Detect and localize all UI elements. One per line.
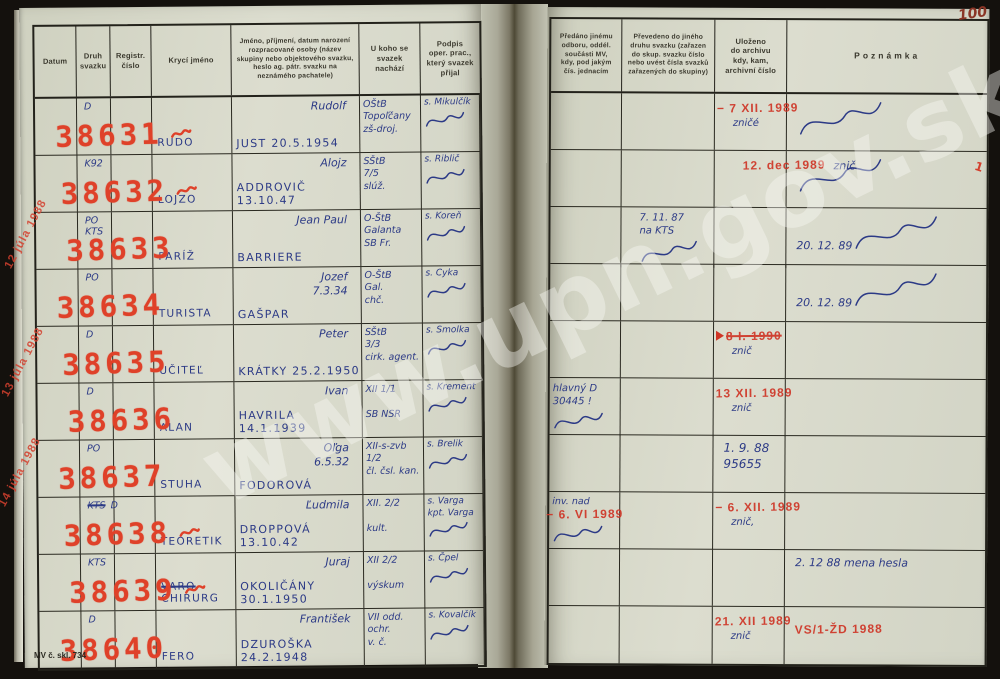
predano-cell: [550, 321, 621, 377]
ukoho-value: XII 1/1 SB NSR: [365, 384, 419, 422]
predano-cell: hlavný D 30445 !: [550, 378, 621, 436]
meno-cell: AlojzADDROVIČ 13.10.47: [232, 153, 360, 210]
podpis-value: s. Riblič: [424, 154, 476, 166]
ukoho-value: XII-s-zvb 1/2 čl. čsl. kan.: [366, 441, 420, 479]
kryci-value: TURISTA: [159, 307, 230, 320]
meno-surname: GAŠPAR: [238, 308, 290, 321]
poznamka-cell: [785, 493, 985, 551]
signature-mark: [428, 621, 472, 646]
ukoho-value: XII. 2/2 kult.: [366, 498, 420, 536]
druh-value: PO: [85, 272, 98, 283]
ukoho-value: VII odd. ochr. v. č.: [367, 612, 421, 650]
register-row: 12. dec 1989znič1: [551, 150, 987, 209]
archive-note: znič: [732, 403, 782, 414]
druh-cell: KTS: [81, 554, 115, 610]
register-row: POTURISTAJozef 7.3.34GAŠPARO-ŠtB Gal. ch…: [36, 266, 481, 327]
podpis-value: s. Brelik: [427, 439, 479, 451]
meno-surname: DZUROŠKA 24.2.1948: [241, 637, 364, 664]
meno-surname: HAVRILA 14.1.1939: [239, 408, 362, 435]
ulozeno-cell: 8 I. 1990znič: [714, 322, 786, 378]
signature-mark: [424, 222, 468, 247]
predano-note: inv. nad: [552, 496, 616, 507]
meno-first: Alojz: [235, 156, 356, 171]
register-row: inv. nad− 6. VI 1989− 6. XII. 1989znič,: [549, 492, 985, 551]
prevedeno-cell: [621, 321, 714, 377]
ulozeno-cell: − 6. XII. 1989znič,: [713, 493, 785, 550]
datum-cell: [36, 270, 78, 326]
register-row: PO KTSPARÍŽJean PaulBARRIEREO-ŠtB Galant…: [36, 209, 481, 270]
left-register-table: Datum Druh svazku Registr. číslo Krycí j…: [32, 21, 487, 671]
signature-mark: [425, 279, 469, 304]
meno-cell: JurajOKOLIČÁNY 30.1.1950: [236, 552, 364, 609]
poznamka-cell: 20. 12. 89: [786, 208, 986, 269]
kryci-cell: ALAN: [154, 382, 234, 439]
prevedeno-value: 7. 11. 87 na KTS: [639, 211, 710, 237]
signature-mark: [850, 208, 943, 259]
druh-value: KTS: [88, 557, 106, 568]
register-row: hlavný D 30445 !13 XII. 1989znič: [550, 378, 986, 437]
register-row: 1. 9. 88 95655: [549, 435, 985, 494]
header-predano: Předáno jinému odboru, oddél. součásti M…: [551, 19, 622, 91]
prevedeno-cell: [622, 150, 715, 206]
druh-cell: D: [77, 98, 111, 154]
podpis-cell: s. Krement: [423, 380, 482, 437]
meno-first: Juraj: [239, 555, 360, 570]
podpis-cell: s. Čpel: [425, 551, 484, 608]
meno-first: Peter: [237, 327, 358, 342]
kryci-cell: STUHA: [155, 439, 235, 496]
red-flag-mark: [716, 331, 724, 341]
registr-cell: [111, 98, 152, 154]
prevedeno-cell: [620, 435, 713, 491]
poznamka-cell: 2. 12 88 mena hesla: [785, 550, 985, 607]
kryci-value: STUHA: [160, 478, 231, 491]
register-row: − 7 XII. 1989zničé: [551, 93, 987, 152]
registr-cell: [114, 440, 155, 496]
registr-cell: [114, 497, 155, 553]
ukoho-cell: SŠtB 3/3 cirk. agent.: [362, 324, 423, 381]
header-jmeno-prijmeni: Jméno, příjmení, datum narození rozpraco…: [231, 24, 360, 95]
header-prevedeno: Převedeno do jiného druhu svazku (zařaze…: [622, 19, 715, 91]
kryci-value: PARÍŽ: [158, 250, 229, 263]
meno-cell: FrantišekDZUROŠKA 24.2.1948: [236, 609, 364, 667]
register-row: DRUDORudolfJUST 20.5.1954OŠtB Topoľčany …: [35, 95, 480, 156]
ukoho-cell: OŠtB Topoľčany zš-droj.: [360, 96, 421, 153]
podpis-value: s. Koreň: [425, 211, 477, 223]
registr-cell: [115, 611, 156, 668]
registr-cell: [112, 269, 153, 325]
poznamka-cell: VS/1-ŽD 1988: [785, 607, 985, 665]
druh-value: D: [86, 329, 93, 340]
datum-cell: [36, 213, 78, 269]
druh-value: D: [88, 614, 95, 625]
datum-cell: [37, 384, 79, 440]
prevedeno-cell: 7. 11. 87 na KTS: [621, 207, 714, 267]
meno-first: Ľudmila: [238, 498, 359, 513]
kryci-value: ALAN: [160, 421, 231, 434]
druh-cell: K92: [77, 155, 111, 211]
predano-cell: [551, 150, 622, 206]
poznamka-value: 20. 12. 89: [796, 296, 852, 309]
predano-cell: inv. nad− 6. VI 1989: [549, 492, 620, 549]
registr-cell: [113, 383, 154, 439]
ukoho-value: XII 2/2 výskum: [367, 555, 421, 593]
ulozeno-stamp-line: − 7 XII. 1989: [717, 99, 783, 117]
meno-first: Rudolf: [235, 99, 356, 114]
podpis-cell: s. Riblič: [421, 152, 480, 209]
druh-cell: PO: [80, 440, 114, 496]
druh-cell: PO: [78, 269, 112, 325]
predano-cell: [549, 606, 620, 663]
prevedeno-cell: [620, 549, 713, 605]
register-row: DUČITEĽPeterKRÁTKY 25.2.1950SŠtB 3/3 cir…: [37, 323, 482, 384]
book-spine: [478, 4, 548, 668]
ulozeno-cell: 12. dec 1989znič: [715, 151, 787, 207]
podpis-value: s. Smolka: [426, 325, 478, 337]
meno-cell: RudolfJUST 20.5.1954: [232, 96, 360, 153]
predano-value: hlavný D 30445 !: [553, 382, 617, 408]
archive-note: zničé: [733, 118, 783, 129]
poznamka-cell: [787, 94, 987, 151]
ulozeno-stamp-line: 13 XII. 1989: [716, 384, 782, 402]
meno-first: František: [239, 612, 360, 627]
ulozeno-cell: 13 XII. 1989znič: [714, 379, 786, 437]
registr-cell: [113, 326, 154, 382]
podpis-cell: s. Brelik: [424, 437, 483, 494]
signature-mark: [426, 450, 470, 475]
archive-note: znič: [731, 631, 781, 642]
register-row: 7. 11. 87 na KTS20. 12. 89: [550, 207, 986, 266]
signature-mark: [850, 265, 943, 316]
ulozeno-cell: − 7 XII. 1989zničé: [715, 94, 787, 150]
right-rows: − 7 XII. 1989zničé12. dec 1989znič17. 11…: [549, 93, 987, 665]
meno-first: Jean Paul: [236, 213, 357, 228]
register-row: DALANIvanHAVRILA 14.1.1939XII 1/1 SB NSR…: [37, 380, 482, 441]
poznamka-stamp: VS/1-ŽD 1988: [795, 620, 982, 636]
ukoho-cell: O-ŠtB Gal. chč.: [361, 267, 422, 324]
signature-mark: [423, 108, 467, 133]
prevedeno-cell: [621, 264, 714, 320]
register-row: 8 I. 1990znič: [550, 321, 986, 380]
meno-first: Jozef 7.3.34: [236, 270, 357, 299]
meno-surname: BARRIERE: [237, 251, 303, 265]
register-row: 21. XII 1989zničVS/1-ŽD 1988: [549, 606, 985, 665]
ulozeno-stamp-line: 21. XII 1989: [715, 612, 781, 630]
left-rows: DRUDORudolfJUST 20.5.1954OŠtB Topoľčany …: [35, 95, 485, 669]
druh-cell: D: [79, 326, 113, 382]
red-margin-mark: 1: [972, 159, 984, 175]
red-mark: [184, 582, 206, 601]
ulozeno-stamp-line: − 6. XII. 1989: [715, 498, 781, 516]
signature-mark: [427, 564, 471, 589]
archive-note: znič,: [731, 517, 781, 528]
ukoho-cell: XII. 2/2 kult.: [363, 495, 424, 552]
red-mark: [176, 183, 198, 202]
signature-mark: [794, 94, 887, 145]
header-kryci-jmeno: Krycí jméno: [151, 25, 232, 96]
podpis-cell: s. Mikulčík: [421, 95, 480, 152]
poznamka-value: 20. 12. 89: [796, 239, 852, 252]
register-row: 2. 12 88 mena hesla: [549, 549, 985, 608]
ukoho-cell: XII 1/1 SB NSR: [362, 381, 423, 438]
red-mark: [179, 525, 201, 544]
poznamka-value: 2. 12 88 mena hesla: [795, 556, 908, 569]
ulozeno-cell: [714, 265, 786, 321]
signature-mark: [552, 407, 617, 436]
register-row: KTSVAROCHIRURGJurajOKOLIČÁNY 30.1.1950XI…: [39, 551, 484, 612]
podpis-value: s. Krement: [426, 382, 478, 394]
register-row: POSTUHAOľga 6.5.32FODOROVÁXII-s-zvb 1/2 …: [38, 437, 483, 498]
poznamka-cell: 20. 12. 89: [786, 265, 986, 322]
datum-cell: [35, 99, 77, 155]
podpis-cell: s. Smolka: [423, 323, 482, 380]
ulozeno-cell: [714, 208, 786, 268]
signature-mark: [427, 518, 471, 543]
druh-cell: D: [81, 611, 115, 668]
kryci-value: UČITEĽ: [159, 364, 230, 377]
ulozeno-cell: [713, 550, 785, 606]
left-page: Datum Druh svazku Registr. číslo Krycí j…: [19, 4, 487, 668]
ukoho-cell: O-ŠtB Galanta SB Fr.: [361, 210, 422, 267]
druh-value: PO KTS: [85, 215, 108, 237]
predano-cell: [549, 435, 620, 491]
podpis-value: s. Mikulčík: [424, 97, 476, 109]
predano-cell: [551, 93, 622, 149]
meno-surname: DROPPOVÁ 13.10.42: [240, 522, 363, 549]
signature-mark: [424, 165, 468, 190]
header-datum: Datum: [34, 27, 77, 97]
podpis-value: s. Varga kpt. Varga: [427, 496, 479, 520]
podpis-value: s. Cyka: [425, 268, 477, 280]
predano-cell: [550, 264, 621, 320]
signature-mark: [794, 151, 887, 202]
archive-date-stamp: 13 XII. 1989: [716, 385, 793, 400]
poznamka-cell: 1: [787, 151, 987, 208]
meno-surname: JUST 20.5.1954: [236, 136, 339, 150]
meno-surname: FODOROVÁ: [239, 478, 312, 492]
right-register-table: Předáno jinému odboru, oddél. součásti M…: [547, 17, 990, 667]
register-row: K92LOJZOAlojzADDROVIČ 13.10.47SŠtB 7/5 s…: [35, 152, 480, 213]
ulozeno-cell: 21. XII 1989znič: [713, 607, 785, 664]
datum-cell: [38, 498, 80, 554]
register-row: 20. 12. 89: [550, 264, 986, 323]
header-poznamka: Poznámka: [787, 20, 987, 93]
ukoho-cell: VII odd. ochr. v. č.: [364, 609, 425, 667]
header-u-koho: U koho se svazek nachází: [359, 24, 421, 95]
ukoho-value: SŠtB 3/3 cirk. agent.: [365, 327, 419, 365]
podpis-cell: s. Varga kpt. Varga: [424, 494, 483, 551]
meno-cell: Jean PaulBARRIERE: [233, 210, 361, 267]
meno-surname: OKOLIČÁNY 30.1.1950: [240, 579, 363, 606]
druh-cell: KTSD: [80, 497, 114, 553]
ukoho-value: OŠtB Topoľčany zš-droj.: [363, 99, 417, 137]
red-mark: [170, 127, 192, 146]
druh-cell: D: [79, 383, 113, 439]
signature-mark: [425, 336, 469, 361]
kryci-cell: FERO: [156, 610, 236, 668]
meno-cell: PeterKRÁTKY 25.2.1950: [234, 324, 362, 381]
kryci-cell: TURISTA: [153, 268, 233, 325]
prevedeno-cell: [622, 93, 715, 149]
meno-cell: Oľga 6.5.32FODOROVÁ: [235, 438, 363, 495]
podpis-cell: s. Koreň: [422, 209, 481, 266]
ulozeno-stamp-line: 8 I. 1990: [716, 327, 782, 345]
registr-cell: [112, 212, 153, 268]
datum-cell: [39, 612, 81, 669]
predano-cell: [549, 549, 620, 605]
meno-first: Ivan: [237, 384, 358, 399]
druh-struck-value: KTS: [87, 500, 105, 511]
meno-cell: Jozef 7.3.34GAŠPAR: [233, 267, 361, 324]
podpis-value: s. Kovalčík: [428, 610, 480, 622]
ulozeno-stamp-line: 12. dec 1989znič: [743, 156, 783, 174]
prevedeno-cell: [620, 606, 713, 663]
poznamka-cell: [786, 322, 986, 379]
register-row: DFEROFrantišekDZUROŠKA 24.2.1948VII odd.…: [39, 608, 484, 669]
druh-value: PO: [87, 443, 100, 454]
podpis-cell: s. Kovalčík: [425, 608, 484, 666]
header-registr-cislo: Registr. číslo: [110, 26, 152, 96]
meno-cell: IvanHAVRILA 14.1.1939: [234, 381, 362, 438]
header-druh-svazku: Druh svazku: [76, 26, 111, 96]
kryci-cell: PARÍŽ: [153, 211, 233, 268]
kryci-value: FERO: [162, 650, 233, 663]
meno-surname: KRÁTKY 25.2.1950: [238, 364, 360, 378]
right-header-row: Předáno jinému odboru, oddél. součásti M…: [551, 19, 987, 95]
meno-first: Oľga 6.5.32: [238, 441, 359, 470]
predano-cell: [550, 207, 621, 267]
ukoho-value: O-ŠtB Gal. chč.: [364, 270, 418, 308]
druh-cell: PO KTS: [78, 212, 112, 268]
podpis-value: s. Čpel: [428, 553, 480, 565]
archive-handwritten: 1. 9. 88 95655: [723, 441, 781, 472]
poznamka-cell: [785, 436, 985, 493]
registr-cell: [115, 554, 156, 610]
druh-value: D: [84, 101, 91, 112]
ukoho-value: SŠtB 7/5 slúž.: [363, 156, 417, 194]
ulozeno-cell: 1. 9. 88 95655: [713, 436, 785, 492]
kryci-cell: UČITEĽ: [154, 325, 234, 382]
druh-value: K92: [84, 158, 102, 169]
prevedeno-cell: [620, 492, 713, 549]
header-ulozeno: Uloženo do archivu kdy, kam, archivní čí…: [715, 20, 787, 92]
archive-date-stamp: 21. XII 1989: [715, 613, 792, 628]
archive-note: znič: [732, 346, 782, 357]
kryci-value: RUDO: [157, 136, 228, 149]
register-row: KTSDTEORETIKĽudmilaDROPPOVÁ 13.10.42XII.…: [38, 494, 483, 555]
ukoho-cell: XII-s-zvb 1/2 čl. čsl. kan.: [363, 438, 424, 495]
ukoho-cell: SŠtB 7/5 slúž.: [360, 153, 421, 210]
left-header-row: Datum Druh svazku Registr. číslo Krycí j…: [34, 23, 480, 99]
predano-date-stamp: − 6. VI 1989: [546, 507, 616, 522]
datum-cell: [38, 441, 80, 497]
podpis-cell: s. Cyka: [422, 266, 481, 323]
datum-cell: [39, 555, 81, 611]
druh-value: D: [86, 386, 93, 397]
header-podpis: Podpis oper. prac., který svazek přijal: [420, 23, 480, 94]
ukoho-cell: XII 2/2 výskum: [364, 552, 425, 609]
ukoho-value: O-ŠtB Galanta SB Fr.: [364, 213, 418, 251]
registr-cell: [111, 155, 152, 211]
right-page: Předáno jinému odboru, oddél. součásti M…: [545, 7, 990, 667]
meno-cell: ĽudmilaDROPPOVÁ 13.10.42: [235, 495, 363, 552]
poznamka-cell: [786, 379, 986, 438]
meno-surname: ADDROVIČ 13.10.47: [237, 180, 360, 207]
prevedeno-cell: [621, 378, 714, 436]
form-code: MV č. skl. 734: [34, 651, 86, 660]
archive-date-stamp: 8 I. 1990: [726, 329, 782, 344]
signature-mark: [426, 393, 470, 418]
signature-mark: [551, 520, 616, 549]
